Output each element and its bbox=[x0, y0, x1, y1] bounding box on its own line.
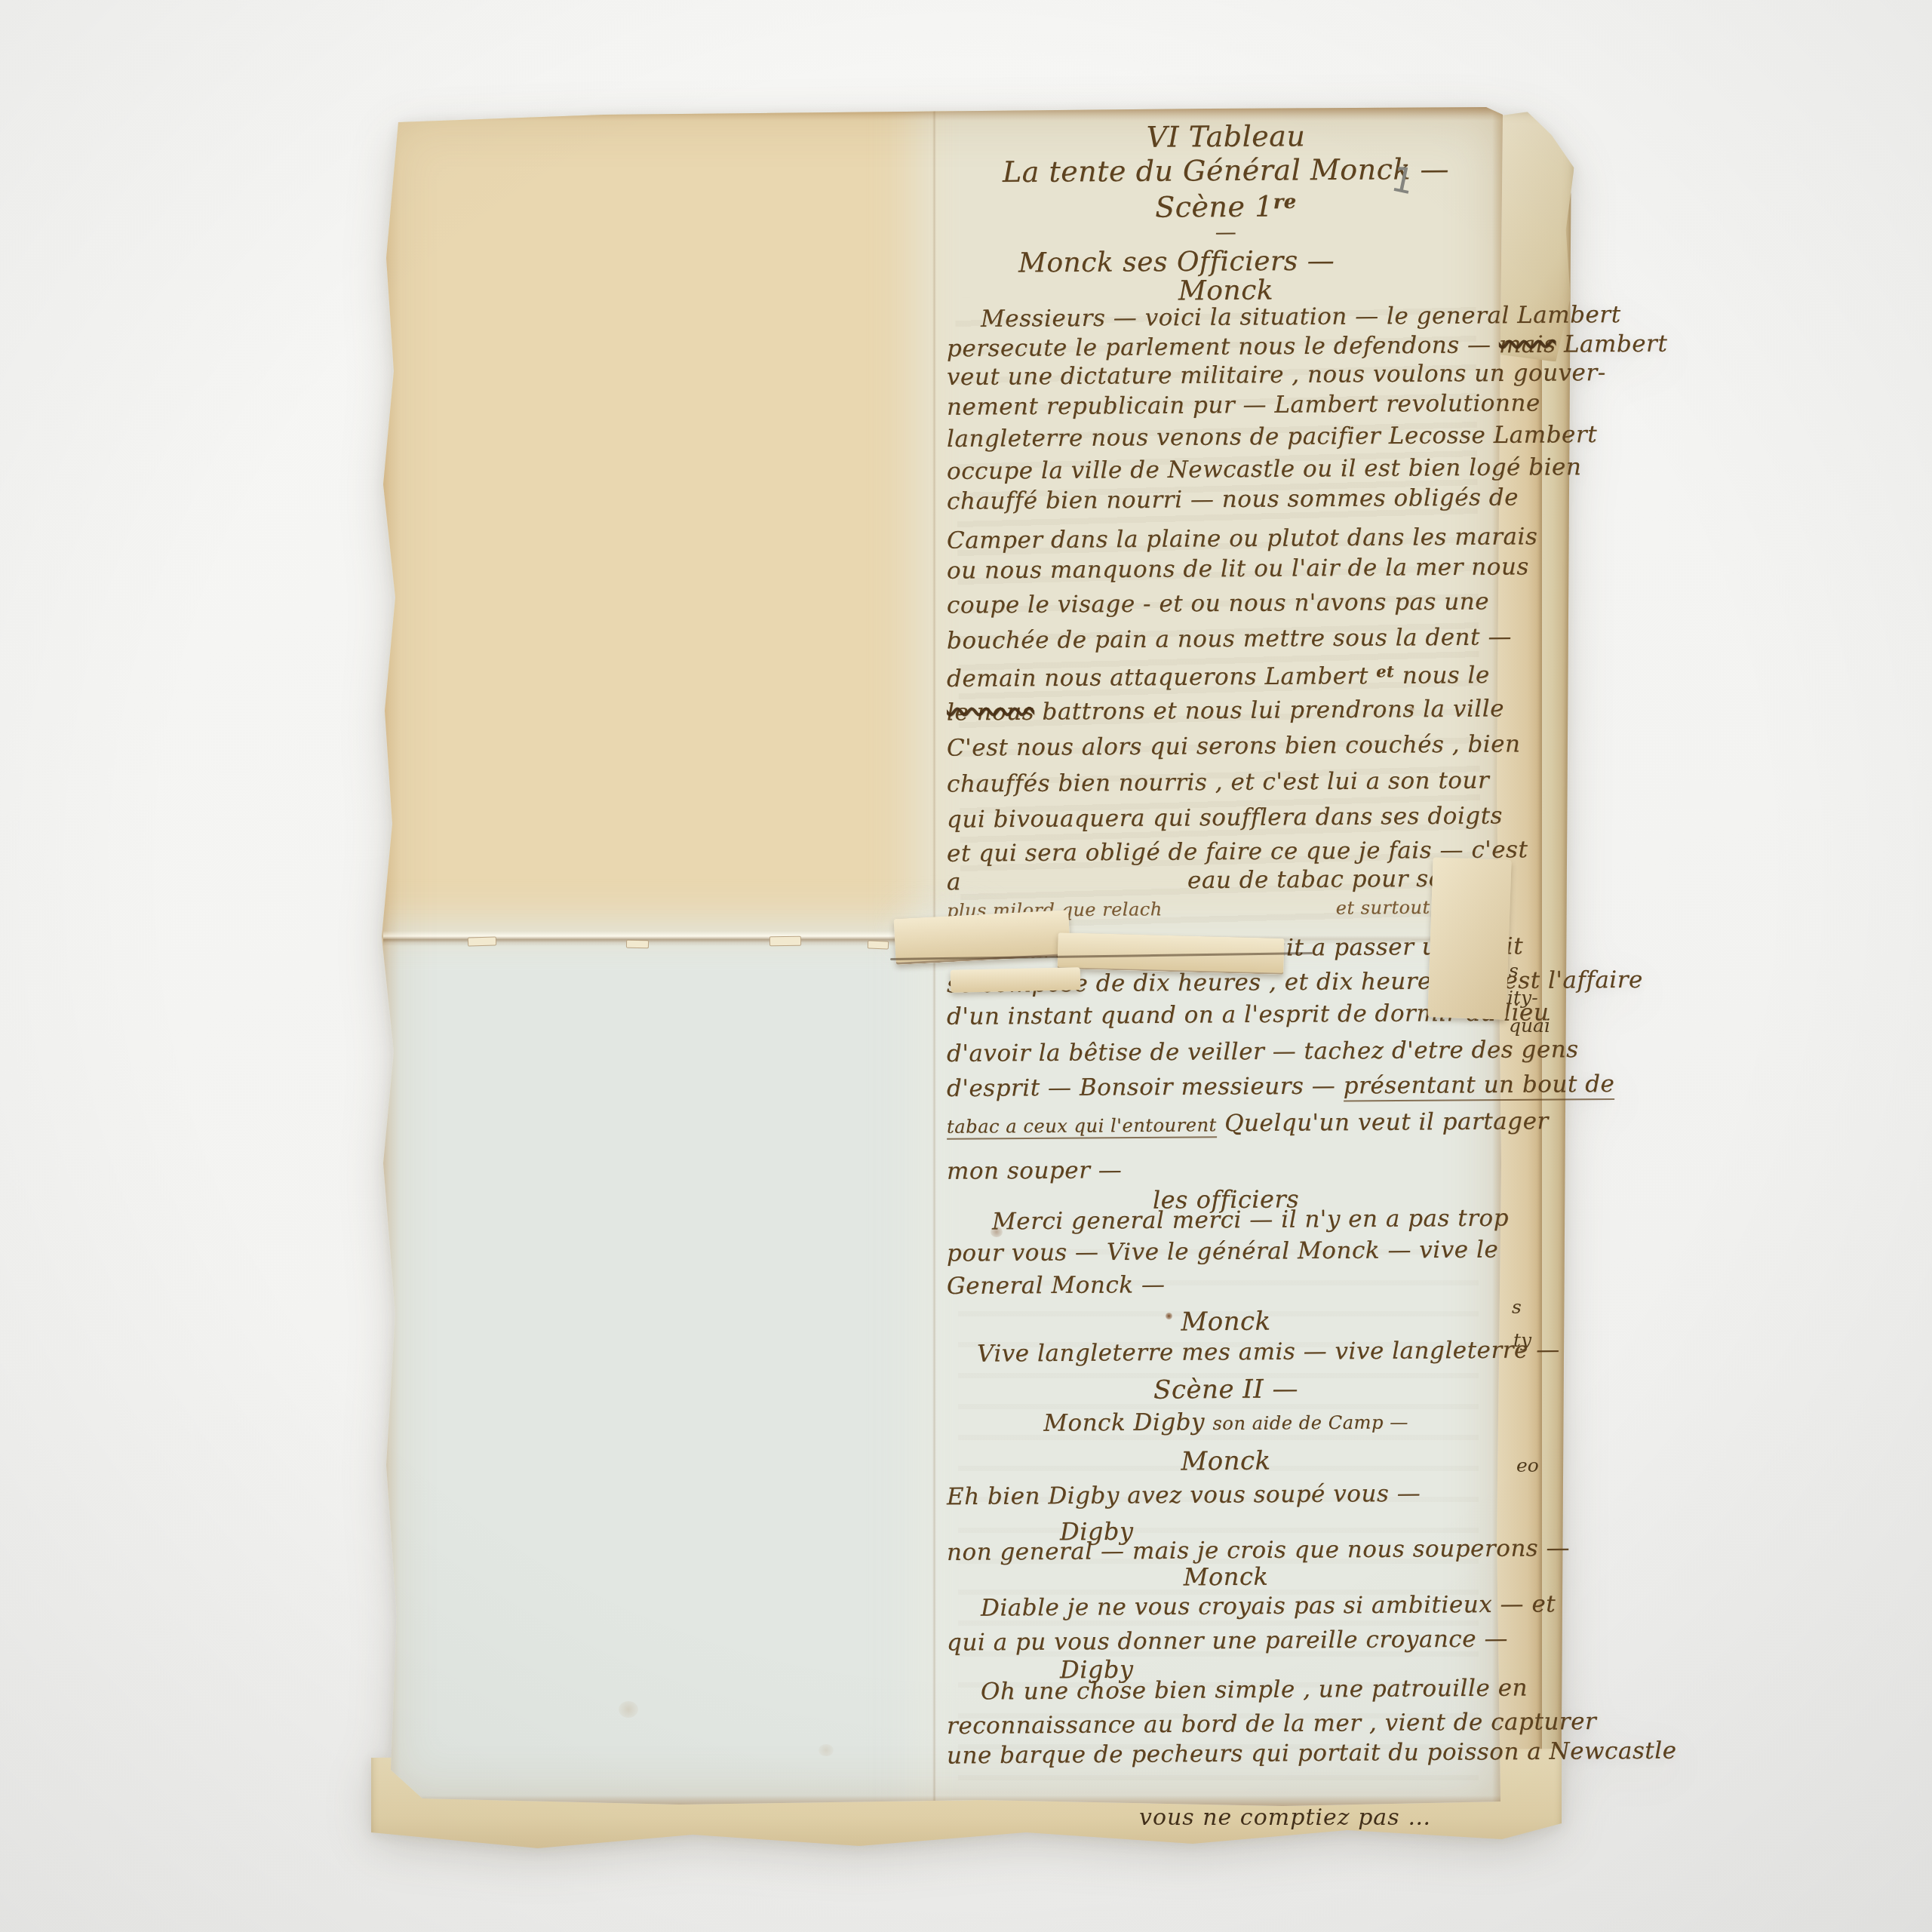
manuscript-text-segment: qui bivouaquera qui soufflera dans ses d… bbox=[947, 802, 1503, 833]
manuscript-text-segment: son aide de Camp — bbox=[1212, 1411, 1408, 1434]
manuscript-text-segment: nous le bbox=[1394, 662, 1490, 690]
manuscript-text-segment: nement republicain pur — Lambert revolut… bbox=[947, 389, 1540, 420]
manuscript-line: C'est nous alors qui serons bien couchés… bbox=[947, 731, 1521, 762]
manuscript-text-segment: — bbox=[1215, 220, 1237, 244]
manuscript-line: Merci general merci — il n'y en a pas tr… bbox=[992, 1206, 1509, 1236]
manuscript-text-segment: chauffé bien nourri — nous sommes obligé… bbox=[947, 484, 1519, 514]
torn-gap bbox=[961, 888, 1187, 889]
manuscript-line: Monck bbox=[947, 1561, 1505, 1593]
manuscript-text-segment: ou nous manquons de lit ou l'air de la m… bbox=[947, 553, 1529, 584]
manuscript-line: Oh une chose bien simple , une patrouill… bbox=[981, 1675, 1528, 1706]
manuscript-line: Eh bien Digby avez vous soupé vous — bbox=[947, 1481, 1421, 1511]
under-page-text-fragment: eo bbox=[1516, 1454, 1539, 1476]
manuscript-line: Messieurs — voici la situation — le gene… bbox=[981, 302, 1621, 333]
manuscript-text-segment: présentant un bout de bbox=[1344, 1070, 1615, 1102]
manuscript-text-segment: VI Tableau bbox=[1146, 119, 1305, 153]
manuscript-line: reconnaissance au bord de la mer , vient… bbox=[947, 1709, 1597, 1740]
manuscript-text-segment: Scène 1 bbox=[1155, 190, 1273, 224]
manuscript-text-segment: eau de tabac pour son bbox=[1187, 865, 1459, 895]
manuscript-line: aeau de tabac pour son bbox=[947, 866, 1459, 896]
manuscript-line: nement republicain pur — Lambert revolut… bbox=[947, 390, 1540, 421]
manuscript-text-segment: demain nous attaquerons Lambert bbox=[947, 662, 1376, 693]
manuscript-line: mon souper — bbox=[947, 1157, 1123, 1185]
manuscript-text-segment: a bbox=[947, 868, 961, 895]
photo-stage: sity-quaistyeo vous ne comptiez pas … VI… bbox=[0, 0, 1932, 1932]
manuscript-text-segment: le nous bbox=[947, 699, 1034, 726]
manuscript-text-segment: Monck bbox=[1181, 1307, 1271, 1338]
manuscript-line: occupe la ville de Newcastle ou il est b… bbox=[947, 454, 1582, 486]
manuscript-line: pour vous — Vive le général Monck — vive… bbox=[947, 1236, 1498, 1267]
manuscript-text-segment: pour vous — Vive le général Monck — vive… bbox=[947, 1236, 1498, 1267]
manuscript-text-segment: General Monck — bbox=[947, 1271, 1166, 1300]
manuscript-text-segment: Camper dans la plaine ou plutot dans les… bbox=[947, 523, 1538, 554]
manuscript-text-segment: Lambert bbox=[1556, 330, 1667, 358]
manuscript-line: General Monck — bbox=[947, 1272, 1166, 1301]
tear-flap-right-edge bbox=[1427, 857, 1511, 1020]
manuscript-line: Monck bbox=[947, 1445, 1505, 1478]
manuscript-text-segment: tabac a ceux qui l'entourent bbox=[947, 1114, 1217, 1139]
manuscript-text-segment: et bbox=[1376, 662, 1394, 680]
manuscript-text-segment: coupe le visage - et ou nous n'avons pas… bbox=[947, 588, 1489, 619]
manuscript-text-segment: Monck bbox=[1178, 275, 1273, 307]
manuscript-text-segment: Messieurs — voici la situation — le gene… bbox=[981, 301, 1621, 333]
under-page-text-fragment: s bbox=[1512, 1296, 1522, 1318]
manuscript-text-segment: Scène II — bbox=[1153, 1374, 1298, 1405]
manuscript-text-segment: veut une dictature militaire , nous voul… bbox=[947, 359, 1606, 391]
manuscript-text-segment: et surtout bbox=[1336, 897, 1430, 919]
manuscript-text-segment: bouchée de pain a nous mettre sous la de… bbox=[947, 623, 1512, 654]
manuscript-line: chauffés bien nourris , et c'est lui a s… bbox=[947, 767, 1489, 798]
manuscript-text-segment: Monck bbox=[1181, 1446, 1271, 1477]
manuscript-line: Scène II — bbox=[947, 1373, 1505, 1406]
torn-gap bbox=[1163, 914, 1336, 916]
manuscript-line: une barque de pecheurs qui portait du po… bbox=[947, 1738, 1677, 1770]
manuscript-text-segment: d'avoir la bêtise de veiller — tachez d'… bbox=[947, 1036, 1579, 1067]
manuscript-text-segment: persecute le parlement nous le defendons… bbox=[947, 331, 1499, 362]
manuscript-text-segment: mon souper — bbox=[947, 1156, 1123, 1185]
manuscript-line: La tente du Général Monck — bbox=[947, 152, 1505, 189]
manuscript-line: tabac a ceux qui l'entourent Quelqu'un v… bbox=[947, 1108, 1549, 1139]
manuscript-line: chauffé bien nourri — nous sommes obligé… bbox=[947, 484, 1519, 515]
manuscript-text-segment: Quelqu'un veut il partager bbox=[1217, 1107, 1549, 1137]
manuscript-text-segment: qui a pu vous donner une pareille croyan… bbox=[947, 1625, 1508, 1656]
manuscript-text-segment: Monck bbox=[1184, 1562, 1269, 1592]
manuscript-text-segment: re bbox=[1273, 191, 1297, 213]
manuscript-line: qui a pu vous donner une pareille croyan… bbox=[947, 1626, 1508, 1657]
manuscript-line: Diable je ne vous croyais pas si ambitie… bbox=[981, 1591, 1556, 1622]
tear-flap bbox=[951, 967, 1081, 993]
manuscript-line: le nous battrons et nous lui prendrons l… bbox=[947, 696, 1504, 726]
manuscript-line: coupe le visage - et ou nous n'avons pas… bbox=[947, 588, 1489, 619]
manuscript-line: Camper dans la plaine ou plutot dans les… bbox=[947, 524, 1538, 554]
manuscript-text-segment: reconnaissance au bord de la mer , vient… bbox=[947, 1708, 1597, 1740]
manuscript-line: VI Tableau bbox=[947, 118, 1505, 155]
manuscript-line: Monck Digby son aide de Camp — bbox=[947, 1407, 1505, 1438]
manuscript-line: — bbox=[947, 218, 1505, 246]
manuscript-line: Monck ses Officiers — bbox=[1018, 246, 1335, 279]
manuscript-text-segment: d'esprit — Bonsoir messieurs — bbox=[947, 1072, 1344, 1102]
manuscript-line: qui bivouaquera qui soufflera dans ses d… bbox=[947, 803, 1503, 834]
manuscript-text-segment: occupe la ville de Newcastle ou il est b… bbox=[947, 453, 1582, 485]
manuscript-text-segment: battrons et nous lui prendrons la ville bbox=[1034, 695, 1504, 725]
manuscript-text-segment: Monck Digby bbox=[1043, 1408, 1212, 1437]
manuscript-line: d'esprit — Bonsoir messieurs — présentan… bbox=[947, 1071, 1615, 1103]
manuscript-text-segment: Diable je ne vous croyais pas si ambitie… bbox=[981, 1590, 1556, 1621]
manuscript-line: Vive langleterre mes amis — vive langlet… bbox=[977, 1337, 1560, 1368]
manuscript-line: bouchée de pain a nous mettre sous la de… bbox=[947, 624, 1512, 655]
manuscript-line: Monck bbox=[947, 1305, 1505, 1338]
manuscript-text-segment: C'est nous alors qui serons bien couchés… bbox=[947, 730, 1521, 761]
manuscript-line: veut une dictature militaire , nous voul… bbox=[947, 360, 1606, 392]
manuscript-line: demain nous attaquerons Lambert et nous … bbox=[947, 662, 1490, 693]
manuscript-line: persecute le parlement nous le defendons… bbox=[947, 331, 1668, 363]
manuscript-text-segment: Eh bien Digby avez vous soupé vous — bbox=[947, 1480, 1421, 1510]
manuscript-text-segment: Vive langleterre mes amis — vive langlet… bbox=[977, 1336, 1560, 1367]
manuscript-text-segment: Merci general merci — il n'y en a pas tr… bbox=[992, 1205, 1509, 1236]
manuscript-text-segment: langleterre nous venons de pacifier Leco… bbox=[947, 421, 1597, 453]
manuscript-text-segment: une barque de pecheurs qui portait du po… bbox=[947, 1737, 1677, 1770]
manuscript-line: ou nous manquons de lit ou l'air de la m… bbox=[947, 554, 1529, 585]
manuscript-text-segment: Monck ses Officiers — bbox=[1018, 246, 1335, 279]
manuscript-text-segment: chauffés bien nourris , et c'est lui a s… bbox=[947, 766, 1489, 797]
manuscript-line: langleterre nous venons de pacifier Leco… bbox=[947, 422, 1597, 453]
paper-stack: sity-quaistyeo vous ne comptiez pas … VI… bbox=[0, 0, 1932, 1932]
manuscript-text-segment: Oh une chose bien simple , une patrouill… bbox=[981, 1674, 1528, 1705]
manuscript-line: d'avoir la bêtise de veiller — tachez d'… bbox=[947, 1037, 1579, 1067]
manuscript-text-segment: mais bbox=[1499, 331, 1556, 359]
manuscript-text-segment: La tente du Général Monck — bbox=[1003, 152, 1449, 189]
